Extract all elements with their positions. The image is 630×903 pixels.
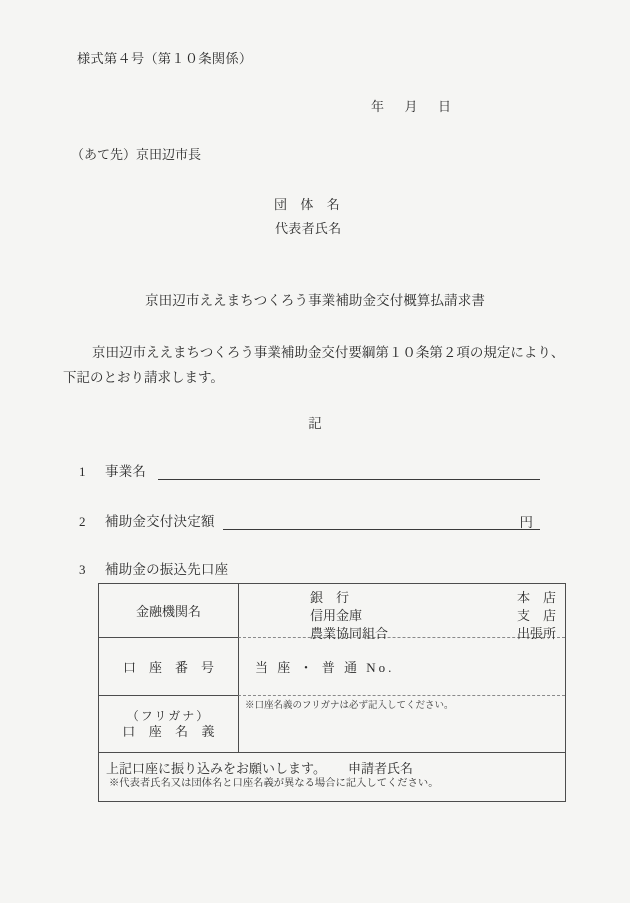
furigana-note: ※口座名義のフリガナは必ず記入してください。 [239,696,565,712]
institution-type-options: 銀 行 信用金庫 農業協同組合 [310,589,388,637]
applicant-name-label: 申請者氏名 [348,761,413,776]
item3-number: 3 [79,563,86,578]
representative-name-label: 代表者氏名 [275,222,342,237]
form-number: 様式第４号（第１０条関係） [77,51,252,66]
account-number-value-cell: 当 座 ・ 普 通 No. [238,638,565,696]
item2-label: 補助金交付決定額 [105,514,215,530]
ki-heading: 記 [0,416,630,432]
date-year-label: 年 [371,100,384,115]
document-page: { "page": { "form_number": "様式第４号（第１０条関係… [0,0,630,903]
bank-account-table: 金融機関名 銀 行 信用金庫 農業協同組合 本 店 支 店 出張所 口 座 番 … [98,583,566,802]
branch-type-options: 本 店 支 店 出張所 [517,589,556,637]
account-number-label: 口 座 番 号 [123,657,214,676]
account-holder-value-cell: ※口座名義のフリガナは必ず記入してください。 [238,696,565,753]
item2-amount-blank: 円 [223,514,540,530]
furigana-label: （フリガナ） [127,709,210,724]
account-type-options: 当 座 ・ 普 通 No. [255,657,394,676]
item1-label: 事業名 [105,464,146,480]
item3-label: 補助金の振込先口座 [105,562,228,578]
institution-type-shinkin: 信用金庫 [310,607,388,625]
account-number-header-cell: 口 座 番 号 [99,638,238,696]
branch-type-branch: 支 店 [517,607,556,625]
financial-institution-header-cell: 金融機関名 [99,584,238,638]
transfer-request-text: 上記口座に振り込みをお願いします。 [106,761,326,776]
organization-name-label: 団 体 名 [274,198,340,213]
item2-number: 2 [79,515,86,530]
item1-number: 1 [79,465,86,480]
addressee: （あて先）京田辺市長 [71,148,201,163]
footer-note: ※代表者氏名又は団体名と口座名義が異なる場合に記入してください。 [106,777,565,791]
body-paragraph-line1: 京田辺市ええまちつくろう事業補助金交付要綱第１０条第２項の規定により、 [63,345,564,361]
account-holder-label: 口 座 名 義 [122,724,214,739]
date-month-label: 月 [404,100,417,115]
body-paragraph-line2: 下記のとおり請求します。 [63,370,224,386]
yen-unit-label: 円 [520,516,534,530]
date-line: 年 月 日 [371,100,451,115]
financial-institution-value-cell: 銀 行 信用金庫 農業協同組合 本 店 支 店 出張所 [238,584,565,638]
document-title: 京田辺市ええまちつくろう事業補助金交付概算払請求書 [0,293,630,309]
item1-business-name-blank [158,464,540,480]
financial-institution-label: 金融機関名 [136,601,201,620]
account-holder-header-cell: （フリガナ） 口 座 名 義 [99,696,238,753]
institution-type-bank: 銀 行 [310,589,388,607]
table-footer-cell: 上記口座に振り込みをお願いします。申請者氏名 ※代表者氏名又は団体名と口座名義が… [99,753,565,801]
branch-type-head-office: 本 店 [517,589,556,607]
date-day-label: 日 [438,100,451,115]
